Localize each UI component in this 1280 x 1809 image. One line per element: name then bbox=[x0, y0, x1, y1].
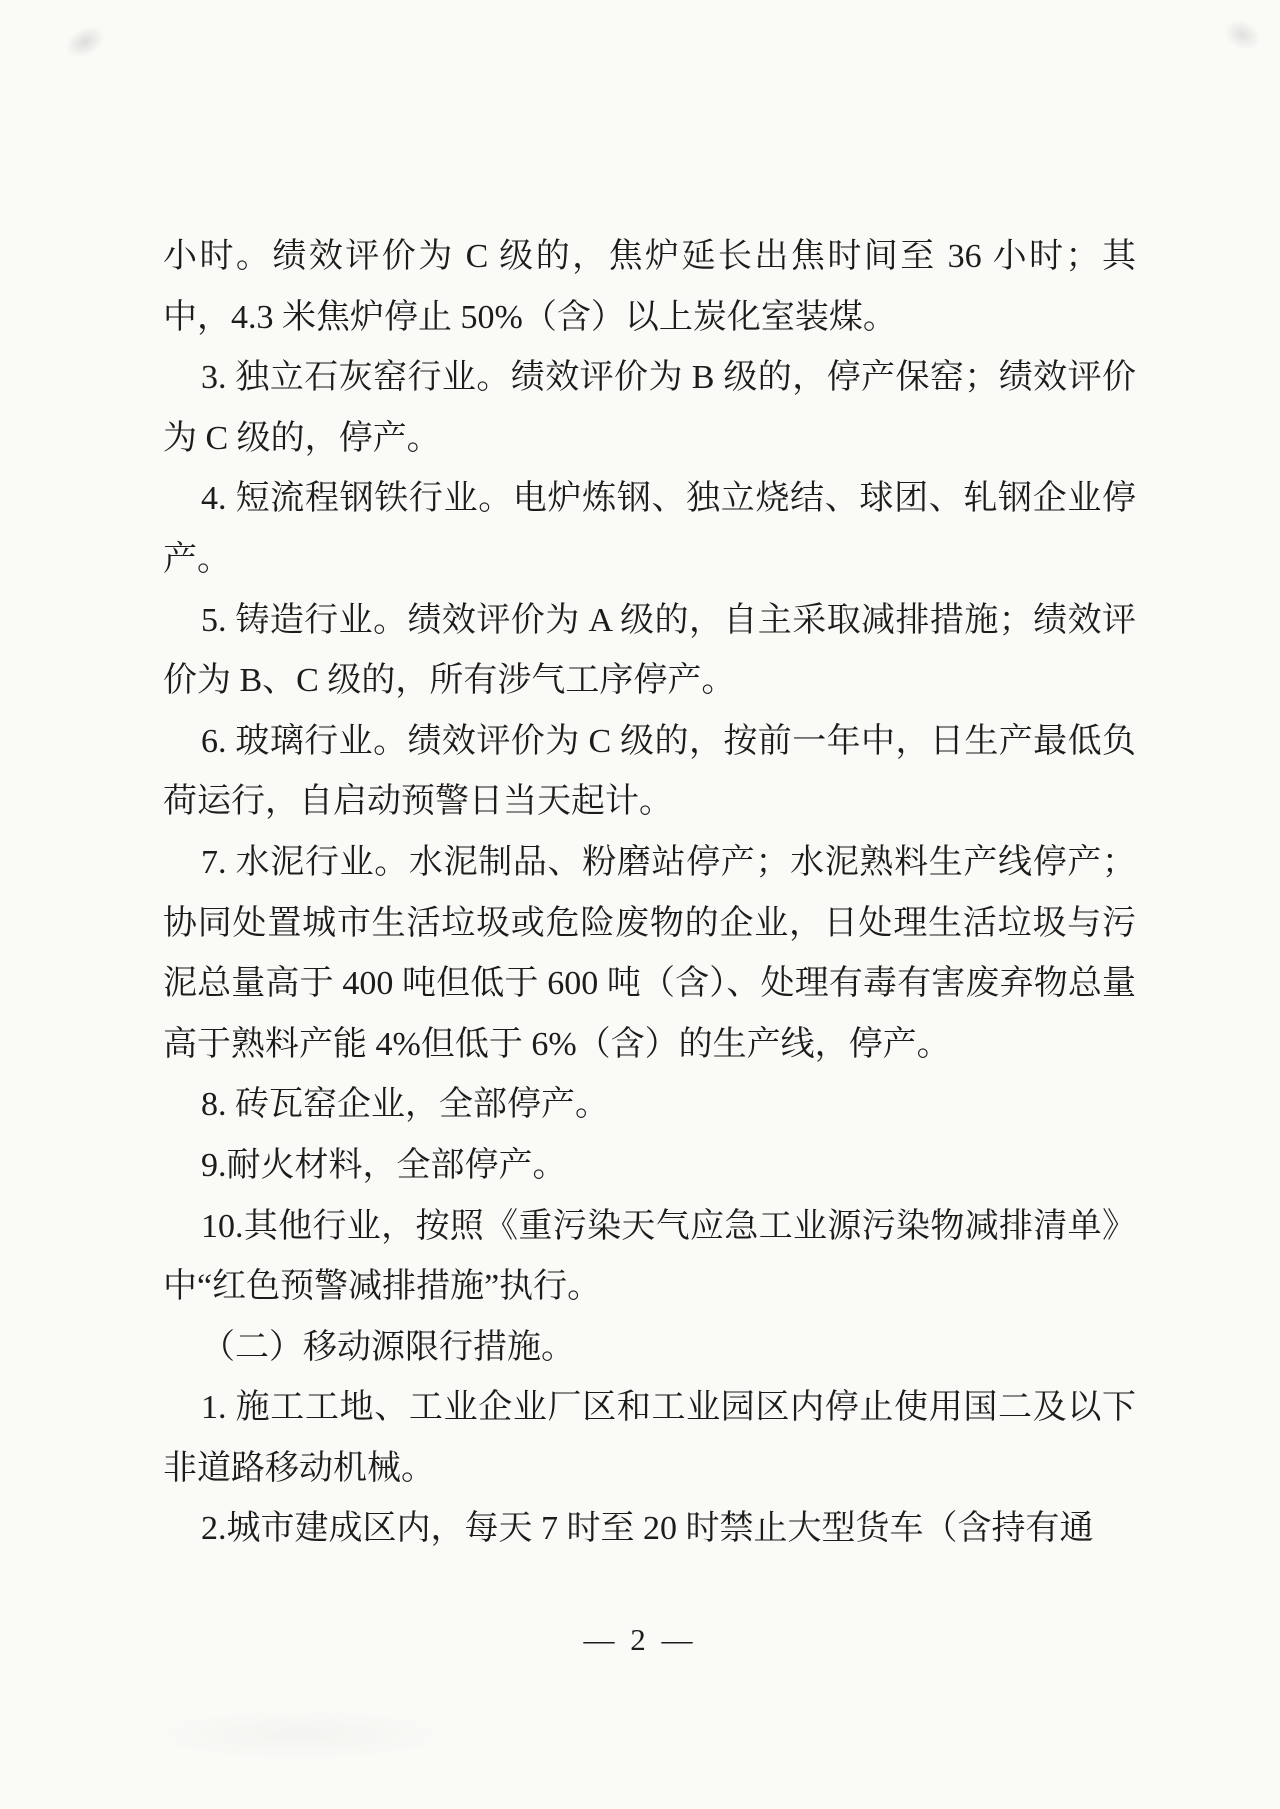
para-3-independent-lime-kiln: 3. 独立石灰窑行业。绩效评价为 B 级的，停产保窑；绩效评价为 C 级的，停产… bbox=[163, 348, 1136, 469]
scan-artifact-bottom bbox=[90, 1700, 510, 1770]
para-8-brick-tile-kiln: 8. 砖瓦窑企业，全部停产。 bbox=[163, 1075, 1136, 1136]
para-10-other-industries: 10.其他行业，按照《重污染天气应急工业源污染物减排清单》中“红色预警减排措施”… bbox=[163, 1197, 1136, 1318]
heading-mobile-source-restriction-measures: （二）移动源限行措施。 bbox=[163, 1318, 1136, 1379]
page-number: — 2 — bbox=[0, 1622, 1280, 1658]
para-6-glass-industry: 6. 玻璃行业。绩效评价为 C 级的，按前一年中，日生产最低负荷运行，自启动预警… bbox=[163, 712, 1136, 833]
para-7-cement-industry: 7. 水泥行业。水泥制品、粉磨站停产；水泥熟料生产线停产；协同处置城市生活垃圾或… bbox=[163, 833, 1136, 1075]
scan-artifact-top-right bbox=[1209, 5, 1276, 64]
para-mobile-1-nonroad-machinery: 1. 施工工地、工业企业厂区和工业园区内停止使用国二及以下非道路移动机械。 bbox=[163, 1378, 1136, 1499]
para-coking-continuation: 小时。绩效评价为 C 级的，焦炉延长出焦时间至 36 小时；其中，4.3 米焦炉… bbox=[163, 227, 1136, 348]
scanned-page: 小时。绩效评价为 C 级的，焦炉延长出焦时间至 36 小时；其中，4.3 米焦炉… bbox=[0, 0, 1280, 1809]
para-9-refractory-materials: 9.耐火材料，全部停产。 bbox=[163, 1136, 1136, 1197]
para-5-casting-industry: 5. 铸造行业。绩效评价为 A 级的，自主采取减排措施；绩效评价为 B、C 级的… bbox=[163, 591, 1136, 712]
document-body: 小时。绩效评价为 C 级的，焦炉延长出焦时间至 36 小时；其中，4.3 米焦炉… bbox=[163, 227, 1136, 1560]
scan-artifact-top-left bbox=[49, 10, 121, 75]
para-mobile-2-truck-restriction: 2.城市建成区内，每天 7 时至 20 时禁止大型货车（含持有通 bbox=[163, 1499, 1136, 1560]
para-4-short-process-steel: 4. 短流程钢铁行业。电炉炼钢、独立烧结、球团、轧钢企业停产。 bbox=[163, 469, 1136, 590]
